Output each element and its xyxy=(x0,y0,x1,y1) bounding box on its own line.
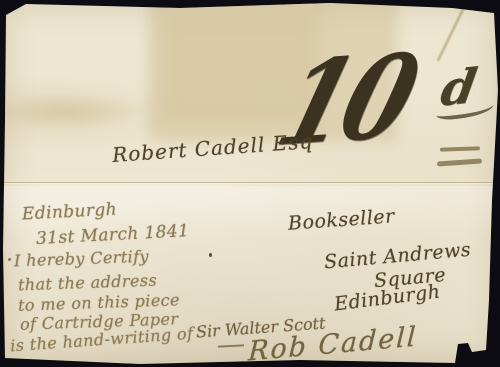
recipient-address-3: Edinburgh xyxy=(333,283,441,315)
diagonal-pen-mark xyxy=(436,8,464,61)
document-paper: 10 d Robert Cadell Esq Edinburgh 31st Ma… xyxy=(0,0,500,367)
pen-dash-mark xyxy=(437,158,482,166)
ink-speck xyxy=(8,258,11,261)
fold-line xyxy=(4,182,496,183)
ink-speck xyxy=(209,253,212,257)
photo-background: 10 d Robert Cadell Esq Edinburgh 31st Ma… xyxy=(0,0,500,367)
pen-dash-mark xyxy=(440,146,480,151)
smudge-mark xyxy=(0,92,148,130)
cert-line-1: I hereby Certify xyxy=(14,249,149,270)
signature-dash xyxy=(218,344,244,347)
cert-place: Edinburgh xyxy=(22,202,118,224)
cert-line-2: that the address xyxy=(18,273,158,294)
